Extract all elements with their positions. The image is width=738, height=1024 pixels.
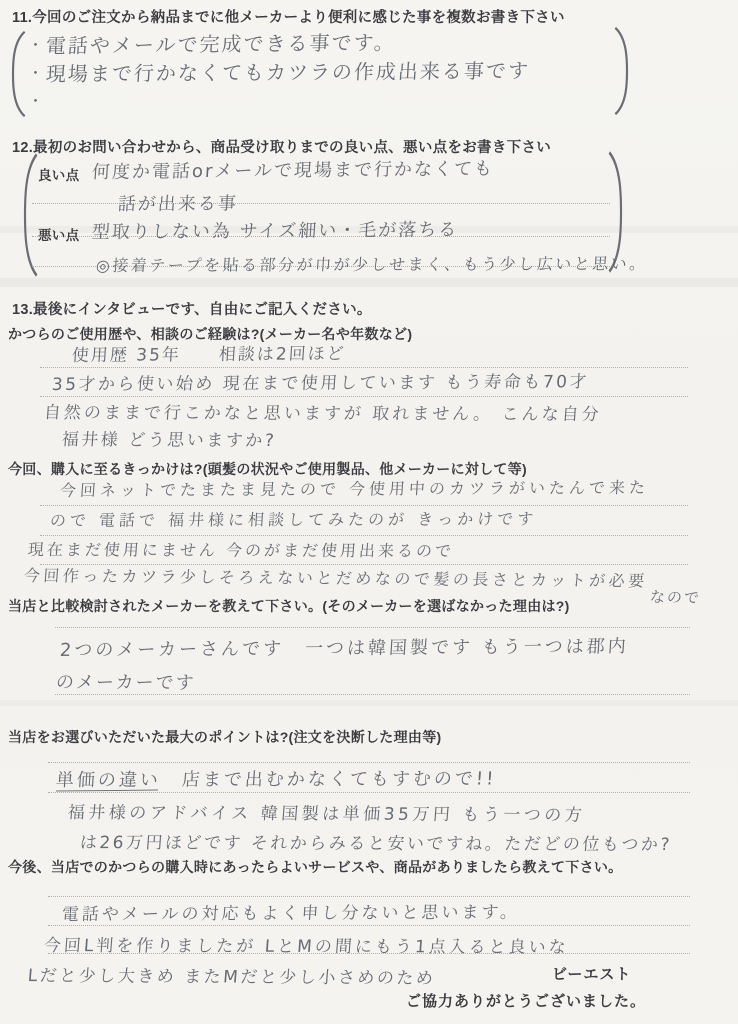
handwritten-bullet: ・ — [28, 62, 43, 83]
thanks-message: ご協力ありがとうございました。 — [406, 990, 646, 1011]
dotted-rule — [40, 535, 688, 536]
q13-trigger-line: なので — [649, 586, 702, 608]
q12-good-line: 話が出来る事 — [117, 189, 239, 216]
q13-competitors-line: のメーカーです — [55, 668, 197, 695]
q13-decision-question: 当店をお選びいただいた最大のポイントは?(注文を決断した理由等) — [8, 727, 441, 747]
q13-usage-line: 自然のままで行こかなと思いますが 取れません。 こんな自分 — [43, 398, 603, 425]
q12-bad-line: 型取りしない為 サイズ細い・毛が落ちる — [91, 215, 459, 244]
question-11-title: 11.今回のご注文から納品までに他メーカーより便利に感じた事を複数お書き下さい — [12, 6, 565, 27]
scan-artifact-band — [0, 278, 738, 287]
bracket-right-icon — [612, 26, 632, 116]
dotted-rule — [48, 792, 690, 793]
question-13-title: 13.最後にインタビューです、自由にご記入ください。 — [12, 298, 372, 319]
q13-future-line: 電話やメールの対応もよく申し分ないと思います。 — [61, 898, 521, 925]
dotted-rule — [55, 627, 690, 628]
scanned-survey-page: 11.今回のご注文から納品までに他メーカーより便利に感じた事を複数お書き下さい … — [0, 0, 738, 1024]
dotted-rule — [40, 396, 688, 397]
q12-good-line: 何度か電話orメールで現場まで行かなくても — [91, 154, 495, 184]
good-points-label: 良い点 — [38, 164, 79, 184]
handwritten-bullet: ・ — [28, 34, 43, 55]
q11-answer-line: 電話やメールで完成できる事です。 — [45, 26, 397, 59]
bad-points-label: 悪い点 — [38, 224, 79, 244]
q13-competitors-question: 当店と比較検討されたメーカーを教えて下さい。(そのメーカーを選ばなかった理由は?… — [8, 596, 570, 616]
q13-trigger-line: ので 電話で 福井様に相談してみたのが きっかけです — [49, 506, 538, 531]
q13-usage-line: 使用歴 35年 相談は2回ほど — [71, 339, 346, 366]
q13-trigger-line: 今回作ったカツラ少しそろえないとだめなので髪の長さとカットが必要 — [23, 563, 649, 591]
q13-usage-line: 福井様 どう思いますか? — [61, 425, 277, 451]
q13-trigger-line: 現在まだ使用にません 今のがまだ使用出来るので — [27, 537, 455, 561]
dotted-rule — [48, 896, 690, 897]
q13-decision-line: は26万円ほどです それからみると安いですね。ただどの位もつか? — [79, 828, 673, 855]
q13-decision-line: 福井様のアドバイス 韓国製は単価35万円 もう一つの方 — [67, 798, 586, 826]
q13-decision-line: 単価の違い 店まで出むかなくてもすむので!! — [55, 764, 497, 792]
bracket-left-icon — [8, 30, 28, 118]
dotted-rule — [48, 762, 690, 763]
q13-future-line: Lだと少し大きめ またMだと少し小さめのため — [27, 961, 436, 989]
dotted-rule — [48, 953, 690, 954]
q13-trigger-line: 今回ネットでたまたま見たので 今使用中のカツラがいたんで来た — [59, 475, 650, 501]
q12-bad-line: ◎接着テープを貼る部分が巾が少しせまく、もう少し広いと思い。 — [95, 251, 648, 276]
q13-usage-line: 35才から使い始め 現在まで使用しています もう寿命も70才 — [51, 367, 590, 395]
brand-name: ビーエスト — [552, 963, 631, 984]
q13-competitors-line: 2つのメーカーさんです 一つは韓国製です もう一つは郡内 — [59, 632, 629, 662]
q11-answer-line: 現場まで行かなくてもカツラの作成出来る事です — [45, 55, 531, 87]
dotted-rule — [40, 505, 688, 506]
handwritten-bullet: ・ — [28, 90, 43, 111]
q13-future-question: 今後、当店でのかつらの購入時にあったらよいサービスや、商品がありましたら教えて下… — [8, 857, 622, 877]
dotted-rule — [55, 694, 690, 695]
scan-artifact-band — [0, 700, 738, 706]
bracket-left-icon — [20, 152, 40, 278]
dotted-rule — [48, 925, 690, 926]
